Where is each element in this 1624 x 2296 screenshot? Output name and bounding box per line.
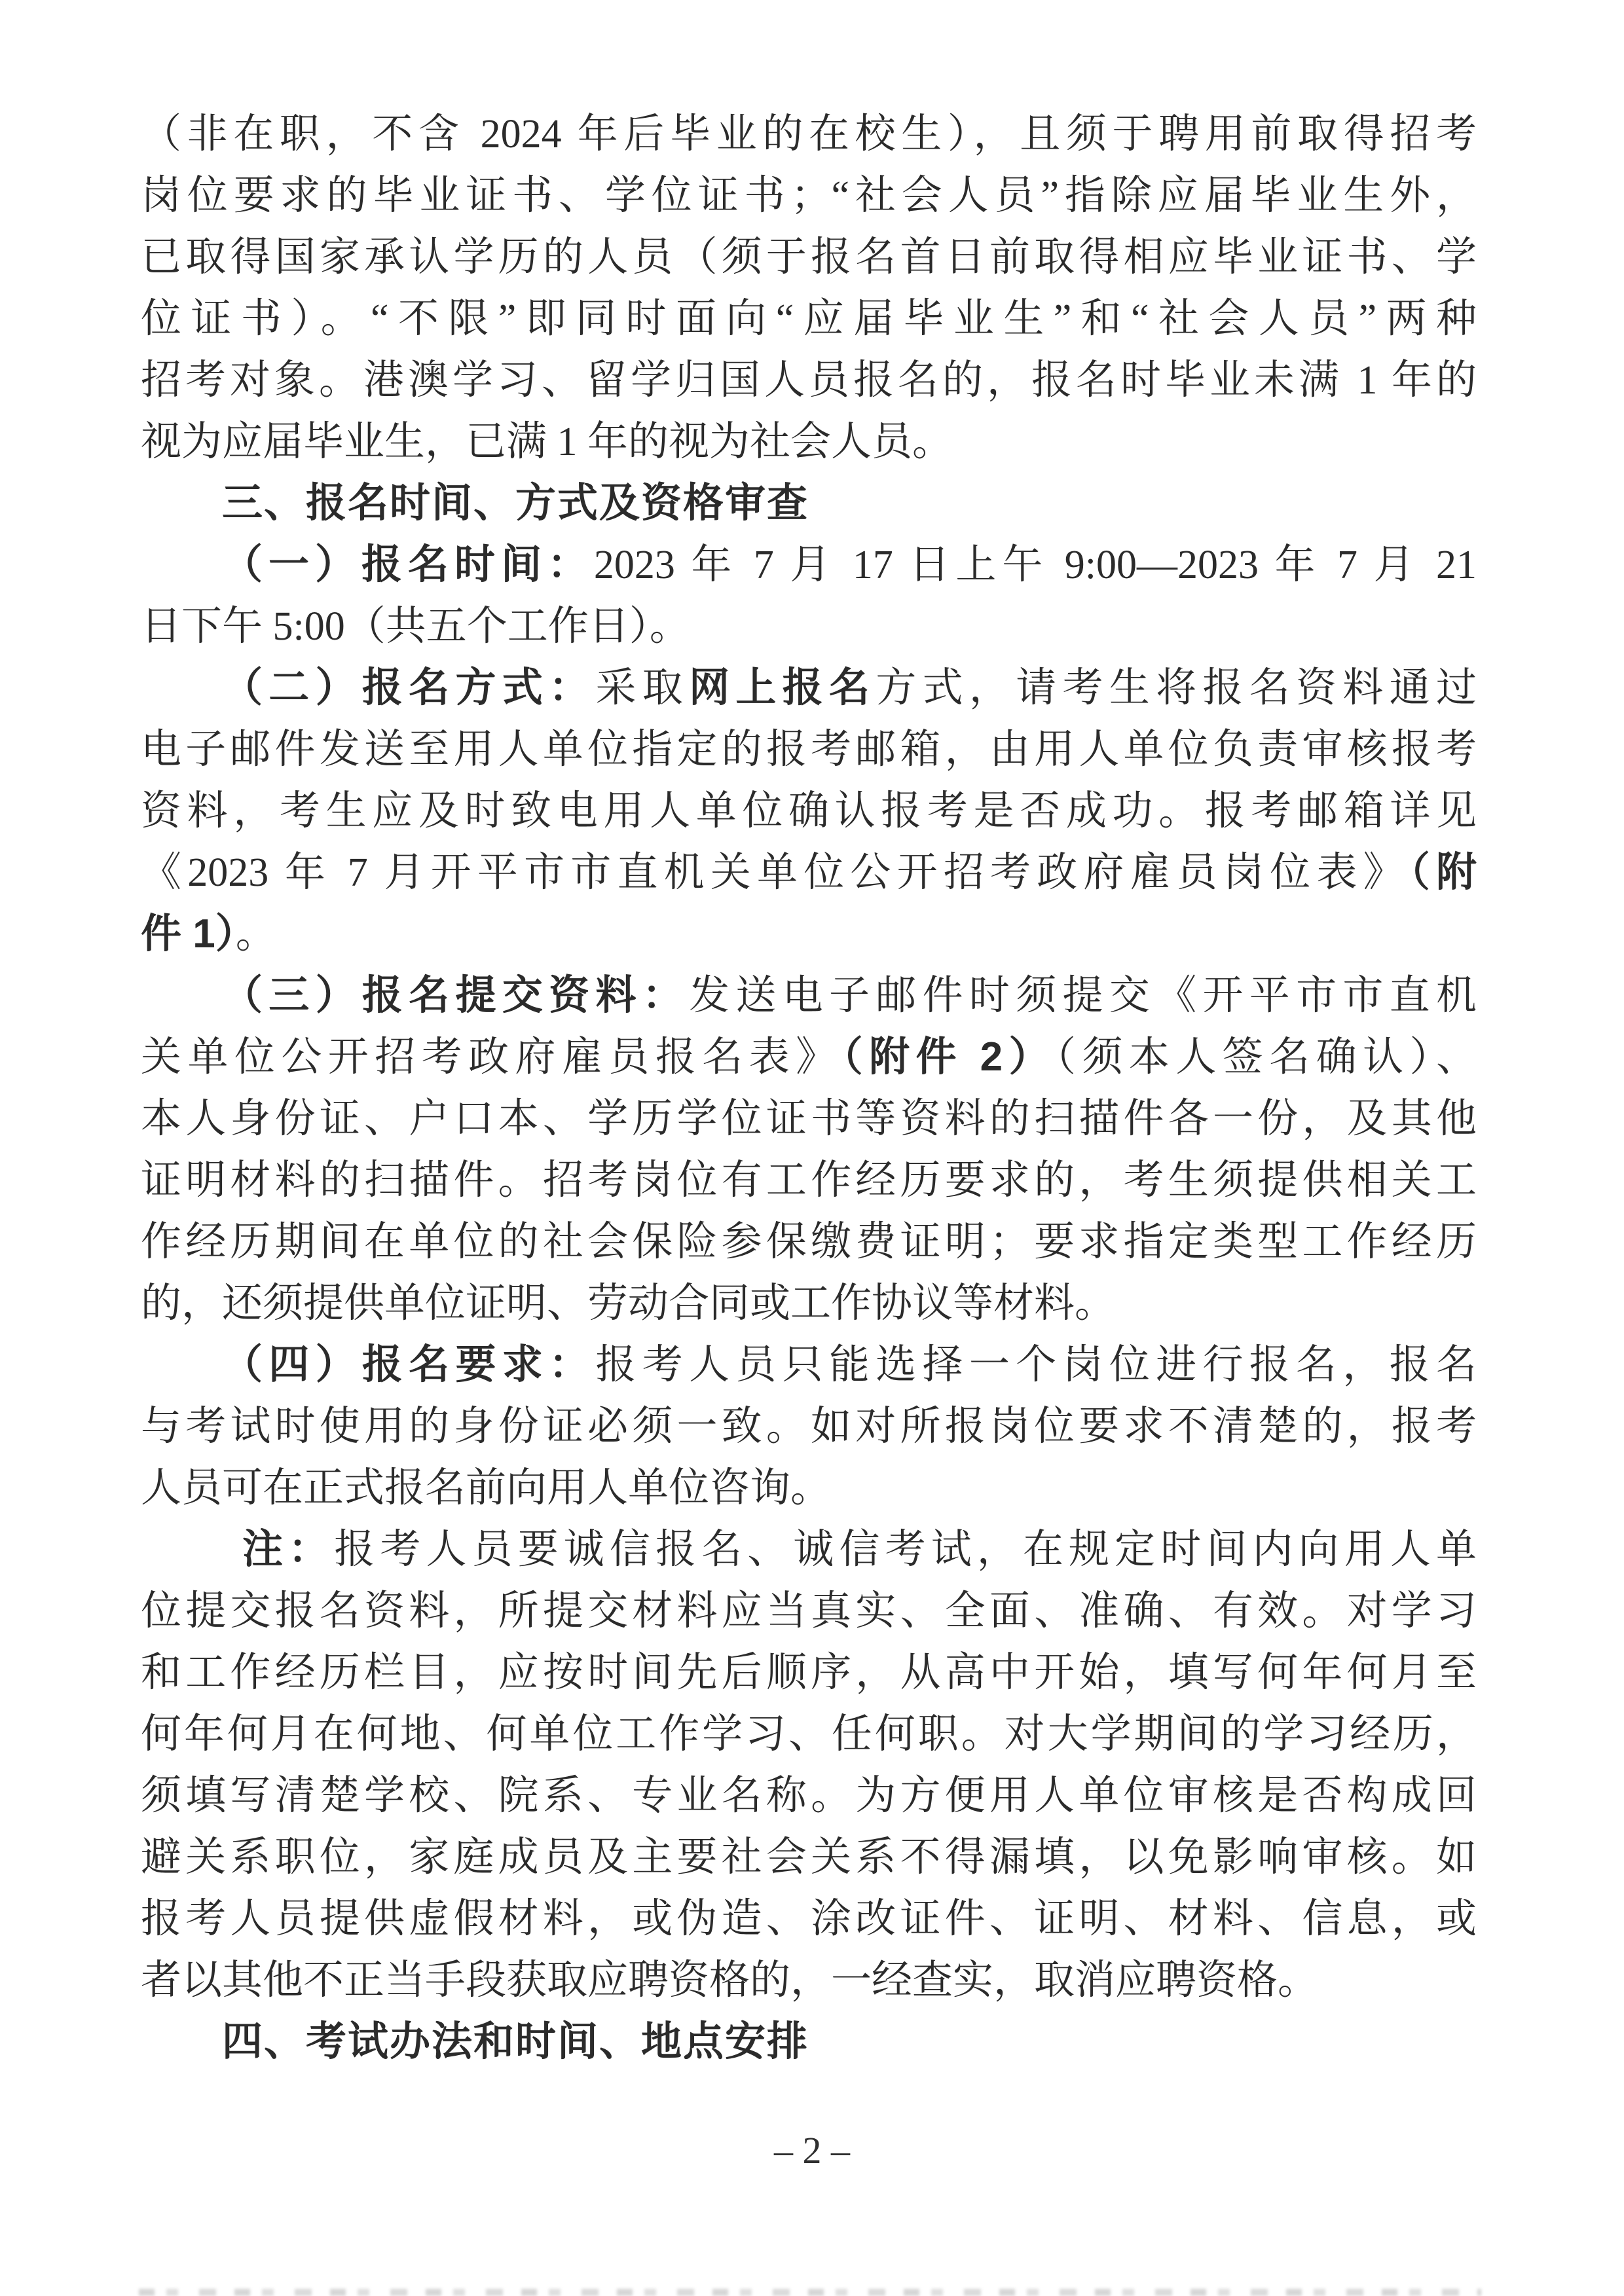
text-line: 的，还须提供单位证明、劳动合同或工作协议等材料。 [141,1273,1477,1334]
text-line: 位证书）。“不限”即同时面向“应届毕业生”和“社会人员”两种 [141,288,1477,350]
text-segment: 位提交报名资料，所提交材料应当真实、全面、准确、有效。对学习 [141,1589,1477,1633]
bold-text-segment: 四、考试办法和时间、地点安排 [222,2019,809,2064]
text-line: 三、报名时间、方式及资格审查 [141,473,1477,534]
text-segment: 与考试时使用的身份证必须一致。如对所报岗位要求不清楚的，报考 [141,1404,1477,1449]
text-line: （二）报名方式：采取网上报名方式，请考生将报名资料通过 [141,657,1477,719]
text-segment: 者以其他不正当手段获取应聘资格的，一经查实，取消应聘资格。 [141,1958,1318,2003]
text-segment: 的，还须提供单位证明、劳动合同或工作协议等材料。 [141,1281,1115,1326]
text-segment: 作经历期间在单位的社会保险参保缴费证明；要求指定类型工作经历 [141,1220,1477,1264]
text-segment: 岗位要求的毕业证书、学位证书；“社会人员”指除应届毕业生外， [141,173,1477,218]
bold-text-segment: （二）报名方式： [222,665,595,710]
para-eligibility-continued: （非在职，不含 2024 年后毕业的在校生），且须于聘用前取得招考岗位要求的毕业… [141,103,1477,473]
text-line: 何年何月在何地、何单位工作学习、任何职。对大学期间的学习经历， [141,1704,1477,1765]
text-segment: 方式，请考生将报名资料通过 [876,666,1477,710]
text-segment: 何年何月在何地、何单位工作学习、任何职。对大学期间的学习经历， [141,1712,1477,1757]
text-line: 件 1）。 [141,903,1477,965]
text-line: 者以其他不正当手段获取应聘资格的，一经查实，取消应聘资格。 [141,1950,1477,2011]
text-block: （非在职，不含 2024 年后毕业的在校生），且须于聘用前取得招考岗位要求的毕业… [141,103,1477,2073]
text-segment: 报考人员只能选择一个岗位进行报名，报名 [595,1343,1477,1387]
bold-text-segment: （附 [1410,850,1477,895]
text-line: 电子邮件发送至用人单位指定的报考邮箱，由用人单位负责审核报考 [141,719,1477,780]
text-segment: 须填写清楚学校、院系、专业名称。为方便用人单位审核是否构成回 [141,1774,1477,1818]
text-line: （非在职，不含 2024 年后毕业的在校生），且须于聘用前取得招考 [141,103,1477,165]
text-segment: 和工作经历栏目，应按时间先后顺序，从高中开始，填写何年何月至 [141,1650,1477,1695]
text-segment: 避关系职位，家庭成员及主要社会关系不得漏填，以免影响审核。如 [141,1835,1477,1880]
text-line: 报考人员提供虚假材料，或伪造、涂改证件、证明、材料、信息，或 [141,1888,1477,1950]
text-segment: 已取得国家承认学历的人员（须于报名首日前取得相应毕业证书、学 [141,235,1477,280]
text-segment: 人员可在正式报名前向用人单位咨询。 [141,1466,831,1510]
text-line: 日下午 5:00（共五个工作日）。 [141,596,1477,657]
bold-text-segment: 注： [242,1527,334,1572]
para-note: 注：报考人员要诚信报名、诚信考试，在规定时间内向用人单位提交报名资料，所提交材料… [141,1519,1477,2011]
bold-text-segment: （附件 2） [843,1034,1056,1080]
text-segment: 本人身份证、户口本、学历学位证书等资料的扫描件各一份，及其他 [141,1097,1477,1141]
text-line: 人员可在正式报名前向用人单位咨询。 [141,1457,1477,1519]
heading-section-3: 三、报名时间、方式及资格审查 [141,473,1477,534]
text-line: 资料，考生应及时致电用人单位确认报考是否成功。报考邮箱详见 [141,780,1477,842]
bold-text-segment: 三、报名时间、方式及资格审查 [222,481,809,526]
text-line: 注：报考人员要诚信报名、诚信考试，在规定时间内向用人单 [141,1519,1477,1580]
text-line: （三）报名提交资料：发送电子邮件时须提交《开平市市直机 [141,965,1477,1027]
text-line: 本人身份证、户口本、学历学位证书等资料的扫描件各一份，及其他 [141,1088,1477,1150]
bold-text-segment: （四）报名要求： [222,1342,595,1387]
text-line: 作经历期间在单位的社会保险参保缴费证明；要求指定类型工作经历 [141,1211,1477,1273]
para-registration-requirements: （四）报名要求：报考人员只能选择一个岗位进行报名，报名与考试时使用的身份证必须一… [141,1334,1477,1519]
para-submission-materials: （三）报名提交资料：发送电子邮件时须提交《开平市市直机关单位公开招考政府雇员报名… [141,965,1477,1334]
text-segment: 证明材料的扫描件。招考岗位有工作经历要求的，考生须提供相关工 [141,1158,1477,1203]
text-line: 招考对象。港澳学习、留学归国人员报名的，报名时毕业未满 1 年的 [141,350,1477,411]
heading-section-4: 四、考试办法和时间、地点安排 [141,2011,1477,2073]
text-segment: 招考对象。港澳学习、留学归国人员报名的，报名时毕业未满 1 年的 [141,358,1477,403]
text-line: 岗位要求的毕业证书、学位证书；“社会人员”指除应届毕业生外， [141,165,1477,227]
text-line: 证明材料的扫描件。招考岗位有工作经历要求的，考生须提供相关工 [141,1150,1477,1211]
text-segment: 资料，考生应及时致电用人单位确认报考是否成功。报考邮箱详见 [141,789,1477,833]
bold-text-segment: （三）报名提交资料： [222,973,689,1018]
text-line: 已取得国家承认学历的人员（须于报名首日前取得相应毕业证书、学 [141,227,1477,288]
text-line: 避关系职位，家庭成员及主要社会关系不得漏填，以免影响审核。如 [141,1827,1477,1888]
bold-text-segment: 件 1） [141,911,236,957]
text-segment: 。 [236,912,276,957]
text-segment: 报考人员要诚信报名、诚信考试，在规定时间内向用人单 [334,1527,1477,1572]
text-segment: 报考人员提供虚假材料，或伪造、涂改证件、证明、材料、信息，或 [141,1897,1477,1941]
text-segment: 采取 [595,666,689,710]
text-segment: 发送电子邮件时须提交《开平市市直机 [689,974,1477,1018]
text-line: 须填写清楚学校、院系、专业名称。为方便用人单位审核是否构成回 [141,1765,1477,1827]
text-line: （一）报名时间：2023 年 7 月 17 日上午 9:00—2023 年 7 … [141,534,1477,596]
text-segment: 日下午 5:00（共五个工作日）。 [141,604,690,649]
page-bottom-scan-artifact [139,2289,1481,2296]
text-line: （四）报名要求：报考人员只能选择一个岗位进行报名，报名 [141,1334,1477,1396]
page-number: – 2 – [0,2124,1624,2177]
text-line: 四、考试办法和时间、地点安排 [141,2011,1477,2073]
text-segment: 电子邮件发送至用人单位指定的报考邮箱，由用人单位负责审核报考 [141,727,1477,772]
para-registration-method: （二）报名方式：采取网上报名方式，请考生将报名资料通过电子邮件发送至用人单位指定… [141,657,1477,965]
text-line: 位提交报名资料，所提交材料应当真实、全面、准确、有效。对学习 [141,1580,1477,1642]
text-line: 关单位公开招考政府雇员报名表》（附件 2）（须本人签名确认）、 [141,1027,1477,1088]
text-segment: 《2023 年 7 月开平市市直机关单位公开招考政府雇员岗位表》 [141,850,1410,895]
text-segment: （非在职，不含 2024 年后毕业的在校生），且须于聘用前取得招考 [141,112,1477,156]
bold-text-segment: （一）报名时间： [222,542,594,587]
text-segment: 位证书）。“不限”即同时面向“应届毕业生”和“社会人员”两种 [141,297,1477,341]
text-segment: 2023 年 7 月 17 日上午 9:00—2023 年 7 月 21 [594,543,1477,587]
text-line: 与考试时使用的身份证必须一致。如对所报岗位要求不清楚的，报考 [141,1396,1477,1457]
document-page: （非在职，不含 2024 年后毕业的在校生），且须于聘用前取得招考岗位要求的毕业… [0,0,1624,2296]
bold-text-segment: 网上报名 [689,665,876,710]
text-segment: （须本人签名确认）、 [1056,1035,1477,1080]
text-segment: 关单位公开招考政府雇员报名表》 [141,1035,843,1080]
para-registration-time: （一）报名时间：2023 年 7 月 17 日上午 9:00—2023 年 7 … [141,534,1477,657]
text-line: 视为应届毕业生，已满 1 年的视为社会人员。 [141,411,1477,473]
text-segment: 视为应届毕业生，已满 1 年的视为社会人员。 [141,420,953,464]
text-line: 《2023 年 7 月开平市市直机关单位公开招考政府雇员岗位表》（附 [141,842,1477,903]
text-line: 和工作经历栏目，应按时间先后顺序，从高中开始，填写何年何月至 [141,1642,1477,1704]
